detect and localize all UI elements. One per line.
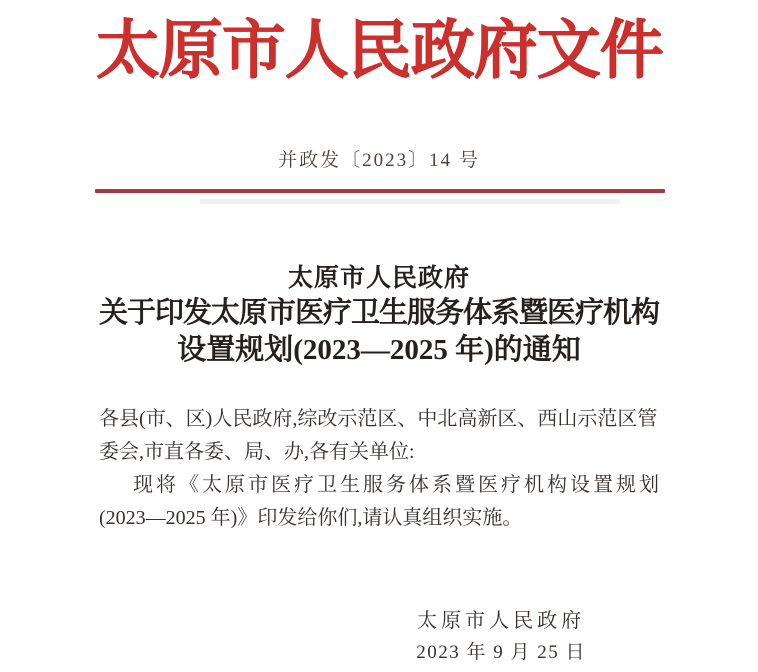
body-paragraph-1-line-2: 委会,市直各委、局、办,各有关单位:: [99, 436, 661, 469]
title-line-issuer: 太原市人民政府: [0, 262, 758, 295]
title-line-plan-years: 设置规划(2023—2025 年)的通知: [0, 332, 758, 369]
body-paragraph-2-line-1: 现将《太原市医疗卫生服务体系暨医疗机构设置规划: [99, 469, 661, 502]
masthead-title: 太原市人民政府文件: [0, 14, 758, 88]
signature-date: 2023 年 9 月 25 日: [416, 637, 586, 668]
body-paragraph-2-line-2: (2023—2025 年)》印发给你们,请认真组织实施。: [99, 502, 661, 535]
title-line-subject: 关于印发太原市医疗卫生服务体系暨医疗机构: [0, 295, 758, 332]
document-body: 各县(市、区)人民政府,综改示范区、中北高新区、西山示范区管 委会,市直各委、局…: [99, 403, 661, 535]
rule-scan-shadow: [200, 199, 620, 204]
body-paragraph-1-line-1: 各县(市、区)人民政府,综改示范区、中北高新区、西山示范区管: [99, 403, 661, 436]
government-document-page: 太原市人民政府文件 并政发〔2023〕14 号 太原市人民政府 关于印发太原市医…: [0, 0, 758, 672]
document-title: 太原市人民政府 关于印发太原市医疗卫生服务体系暨医疗机构 设置规划(2023—2…: [0, 262, 758, 369]
signature-issuer: 太原市人民政府: [416, 606, 586, 637]
doc-number: 并政发〔2023〕14 号: [0, 148, 758, 174]
red-divider-rule: [95, 189, 665, 193]
signature-block: 太原市人民政府 2023 年 9 月 25 日: [416, 606, 586, 668]
